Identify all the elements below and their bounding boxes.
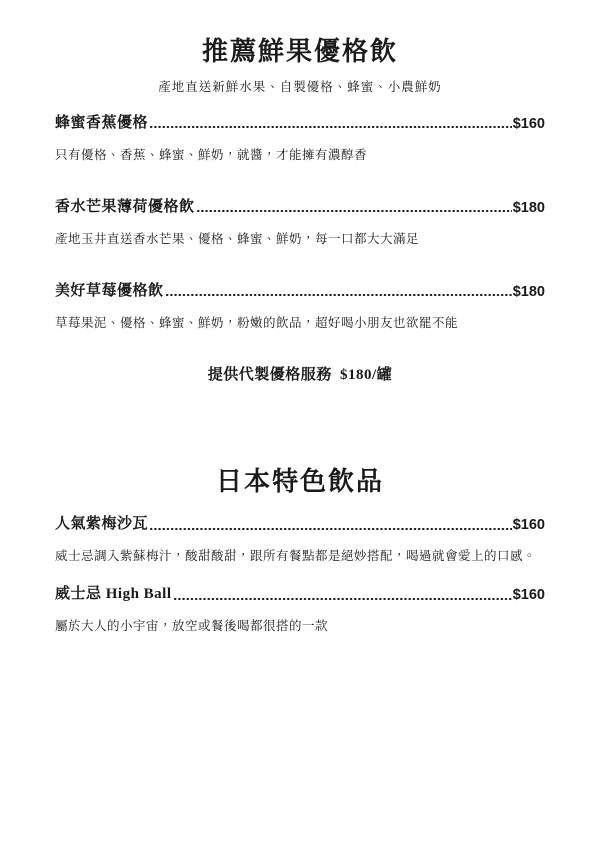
menu-item-name: 人氣紫梅沙瓦 <box>55 512 148 533</box>
yogurt-service-note: 提供代製優格服務 $180/罐 <box>55 363 545 384</box>
menu-item-mango-mint-yogurt-drink: 香水芒果薄荷優格飲 $180 產地玉井直送香水芒果、優格、蜂蜜、鮮奶，每一口都大… <box>55 195 545 247</box>
menu-item-description: 威士忌調入紫蘇梅汁，酸甜酸甜，跟所有餐點都是絕妙搭配，喝過就會愛上的口感。 <box>55 546 545 564</box>
menu-item-line: 美好草莓優格飲 $180 <box>55 279 545 300</box>
menu-item-price: $160 <box>513 517 545 533</box>
menu-item-price: $180 <box>513 284 545 300</box>
yogurt-section-title: 推薦鮮果優格飲 <box>55 36 545 69</box>
dotted-leader <box>166 294 512 296</box>
menu-item-name: 美好草莓優格飲 <box>55 279 164 300</box>
dotted-leader <box>150 126 512 128</box>
dotted-leader <box>197 210 512 212</box>
yogurt-section-subtitle: 產地直送新鮮水果、自製優格、蜂蜜、小農鮮奶 <box>55 77 545 95</box>
dotted-leader <box>174 598 512 600</box>
menu-item-line: 威士忌 High Ball $160 <box>55 582 545 603</box>
menu-item-plum-sour: 人氣紫梅沙瓦 $160 威士忌調入紫蘇梅汁，酸甜酸甜，跟所有餐點都是絕妙搭配，喝… <box>55 512 545 564</box>
menu-item-price: $160 <box>513 587 545 603</box>
menu-item-description: 屬於大人的小宇宙，放空或餐後喝都很搭的一款 <box>55 616 545 634</box>
menu-item-line: 蜂蜜香蕉優格 $160 <box>55 111 545 132</box>
menu-item-description: 產地玉井直送香水芒果、優格、蜂蜜、鮮奶，每一口都大大滿足 <box>55 229 545 247</box>
menu-item-line: 香水芒果薄荷優格飲 $180 <box>55 195 545 216</box>
section-yogurt-drinks: 推薦鮮果優格飲 產地直送新鮮水果、自製優格、蜂蜜、小農鮮奶 蜂蜜香蕉優格 $16… <box>55 36 545 384</box>
menu-item-name: 威士忌 High Ball <box>55 582 172 603</box>
menu-item-name: 蜂蜜香蕉優格 <box>55 111 148 132</box>
menu-item-whisky-highball: 威士忌 High Ball $160 屬於大人的小宇宙，放空或餐後喝都很搭的一款 <box>55 582 545 634</box>
menu-page: 推薦鮮果優格飲 產地直送新鮮水果、自製優格、蜂蜜、小農鮮奶 蜂蜜香蕉優格 $16… <box>0 0 600 850</box>
menu-item-line: 人氣紫梅沙瓦 $160 <box>55 512 545 533</box>
menu-item-name: 香水芒果薄荷優格飲 <box>55 195 195 216</box>
menu-item-description: 只有優格、香蕉、蜂蜜、鮮奶，就醬，才能擁有濃醇香 <box>55 145 545 163</box>
section-japanese-drinks: 日本特色飲品 人氣紫梅沙瓦 $160 威士忌調入紫蘇梅汁，酸甜酸甜，跟所有餐點都… <box>55 466 545 635</box>
menu-item-strawberry-yogurt-drink: 美好草莓優格飲 $180 草莓果泥、優格、蜂蜜、鮮奶，粉嫩的飲品，超好喝小朋友也… <box>55 279 545 331</box>
menu-item-price: $180 <box>513 200 545 216</box>
menu-item-description: 草莓果泥、優格、蜂蜜、鮮奶，粉嫩的飲品，超好喝小朋友也欲罷不能 <box>55 313 545 331</box>
menu-item-price: $160 <box>513 116 545 132</box>
dotted-leader <box>150 528 512 530</box>
japanese-section-title: 日本特色飲品 <box>55 466 545 499</box>
menu-item-honey-banana-yogurt: 蜂蜜香蕉優格 $160 只有優格、香蕉、蜂蜜、鮮奶，就醬，才能擁有濃醇香 <box>55 111 545 163</box>
